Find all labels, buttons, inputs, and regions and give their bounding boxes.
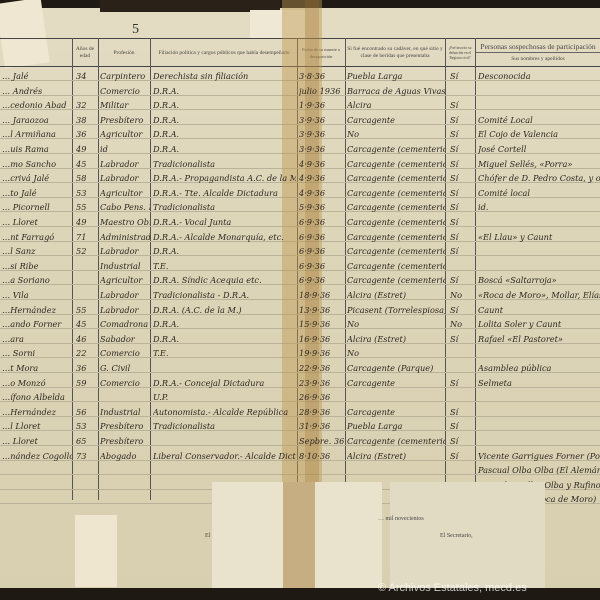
cell-registered: Sí	[450, 274, 474, 286]
cell-age: 32	[76, 99, 96, 111]
cell-place: Carcagente (cementerio)	[347, 435, 445, 447]
cell-name: …ífono Albelda	[2, 391, 72, 403]
cell-suspects-continued: Pascual Olba Olba (El Alemán)	[478, 464, 600, 476]
cell-profession: Presbítero	[100, 435, 150, 447]
cell-name: …crivá Jalé	[2, 172, 72, 184]
cell-place: Barraca de Aguas Vivas	[347, 85, 445, 97]
cell-date: Sepbre. 36	[299, 435, 345, 447]
cell-registered: Sí	[450, 420, 474, 432]
cell-registered: Sí	[450, 187, 474, 199]
cell-age: 22	[76, 347, 96, 359]
cell-age: 45	[76, 158, 96, 170]
cell-filiation: D.R.A. (A.C. de la M.)	[153, 304, 296, 316]
cell-place: Carcagente	[347, 406, 445, 418]
cell-place: Alcira (Estret)	[347, 333, 445, 345]
cell-suspects: Caunt	[478, 304, 600, 316]
cell-registered: Sí	[450, 158, 474, 170]
cell-filiation: D.R.A.	[153, 114, 296, 126]
cell-filiation: U.P.	[153, 391, 296, 403]
cell-registered: Sí	[450, 304, 474, 316]
cell-suspects: Rafael «El Pastoret»	[478, 333, 600, 345]
cell-age: 49	[76, 216, 96, 228]
cell-profession: Industrial	[100, 406, 150, 418]
header-suspects-sub: Sus nombres y apellidos	[476, 53, 600, 65]
cell-date: 6·9·36	[299, 245, 345, 257]
cell-name: … Lloret	[2, 216, 72, 228]
cell-age: 38	[76, 114, 96, 126]
cell-profession: Abogado	[100, 450, 150, 462]
cell-filiation: D.R.A.- Propagandista A.C. de la M.	[153, 172, 296, 184]
cell-date: 31·9·36	[299, 420, 345, 432]
cell-suspects: id.	[478, 201, 600, 213]
cell-filiation: Tradicionalista	[153, 158, 296, 170]
cell-name: …mo Sancho	[2, 158, 72, 170]
cell-date: julio 1936	[299, 85, 345, 97]
cell-name: …nández Cogollos	[2, 450, 72, 462]
cell-profession: Labrador	[100, 304, 150, 316]
cell-registered: Sí	[450, 435, 474, 447]
cell-date: 15·9·36	[299, 318, 345, 330]
cell-name: … Jalé	[2, 70, 72, 82]
cell-date: 22·9·36	[299, 362, 345, 374]
cell-profession: Labrador	[100, 289, 150, 301]
cell-profession: Industrial	[100, 260, 150, 272]
cell-registered: Sí	[450, 231, 474, 243]
cell-filiation: D.R.A.- Concejal Dictadura	[153, 377, 296, 389]
cell-place: Carcagente (cementerio)	[347, 260, 445, 272]
cell-filiation: Tradicionalista - D.R.A.	[153, 289, 296, 301]
tape-strip-bottom	[283, 482, 315, 592]
cell-profession: Carpintero	[100, 70, 150, 82]
cell-name: …ara	[2, 333, 72, 345]
cell-age: 52	[76, 245, 96, 257]
cell-place: Carcagente (cementerio)	[347, 231, 445, 243]
cell-suspects: Lolita Soler y Caunt	[478, 318, 600, 330]
header-suspects: Personas sospechosas de participación	[476, 40, 600, 52]
cell-registered: Sí	[450, 172, 474, 184]
cell-place: Carcagente (cementerio)	[347, 245, 445, 257]
cell-date: 28·9·36	[299, 406, 345, 418]
cell-date: 5·9·36	[299, 201, 345, 213]
cell-filiation: D.R.A.- Vocal Junta	[153, 216, 296, 228]
cell-date: 23·9·36	[299, 377, 345, 389]
cell-place: Carcagente (cementerio)	[347, 158, 445, 170]
footer-secretary: El Secretario,	[440, 533, 473, 539]
cell-name: …o Monzó	[2, 377, 72, 389]
cell-age: 56	[76, 406, 96, 418]
cell-age: 53	[76, 420, 96, 432]
cell-name: …l Armiñana	[2, 128, 72, 140]
cell-registered: Sí	[450, 406, 474, 418]
cell-registered: Sí	[450, 216, 474, 228]
page-number: 5	[132, 22, 139, 38]
cell-date: 3·9·36	[299, 128, 345, 140]
cell-filiation: D.R.A.	[153, 318, 296, 330]
cell-profession: Labrador	[100, 172, 150, 184]
cell-registered: Sí	[450, 377, 474, 389]
cell-age: 45	[76, 318, 96, 330]
cell-place: Alcira (Estret)	[347, 450, 445, 462]
cell-profession: Agricultor	[100, 187, 150, 199]
cell-place: Carcagente (cementerio)	[347, 201, 445, 213]
cell-place: No	[347, 128, 445, 140]
cell-filiation: D.R.A.	[153, 85, 296, 97]
cell-registered: Sí	[450, 201, 474, 213]
cell-suspects: Boscá «Saltarroja»	[478, 274, 600, 286]
cell-filiation: D.R.A.- Tte. Alcalde Dictadura	[153, 187, 296, 199]
cell-age: 49	[76, 143, 96, 155]
cell-date: 6·9·36	[299, 216, 345, 228]
cell-suspects: Selmeta	[478, 377, 600, 389]
cell-profession: Comercio	[100, 347, 150, 359]
cell-name: …a Soriano	[2, 274, 72, 286]
cell-name: …l Sanz	[2, 245, 72, 257]
cell-name: …Hernández	[2, 406, 72, 418]
header-age: Años de edad	[72, 40, 98, 66]
paper-patch-bottom-left	[75, 515, 117, 587]
cell-profession: id	[100, 143, 150, 155]
cell-profession: G. Civil	[100, 362, 150, 374]
cell-registered: Sí	[450, 450, 474, 462]
cell-profession: Cabo Pens. M.	[100, 201, 150, 213]
cell-place: Carcagente	[347, 114, 445, 126]
cell-profession: Comadrona	[100, 318, 150, 330]
cell-place: Picasent (Torrelespiosa)	[347, 304, 445, 316]
cell-registered: Sí	[450, 128, 474, 140]
cell-filiation: D.R.A.	[153, 333, 296, 345]
header-filiation: Filiación política y cargos públicos que…	[152, 40, 296, 66]
cell-name: …l Lloret	[2, 420, 72, 432]
cell-registered: No	[450, 289, 474, 301]
cell-filiation: D.R.A.	[153, 245, 296, 257]
cell-age: 65	[76, 435, 96, 447]
cell-filiation: D.R.A. Síndic Acequia etc.	[153, 274, 296, 286]
cell-age: 36	[76, 128, 96, 140]
cell-age: 36	[76, 362, 96, 374]
cell-filiation: D.R.A.- Alcalde Monarquía, etc.	[153, 231, 296, 243]
cell-date: 4·9·36	[299, 172, 345, 184]
cell-name: …uis Rama	[2, 143, 72, 155]
cell-filiation: Derechista sin filiación	[153, 70, 296, 82]
cell-name: …t Mora	[2, 362, 72, 374]
cell-place: Carcagente (cementerio)	[347, 216, 445, 228]
cell-date: 18·9·36	[299, 289, 345, 301]
cell-filiation: D.R.A.	[153, 99, 296, 111]
cell-place: Puebla Larga	[347, 420, 445, 432]
footer-mid: … mil novecientos	[378, 516, 424, 522]
cell-name: …Hernández	[2, 304, 72, 316]
cell-date: 6·9·36	[299, 260, 345, 272]
cell-filiation: T.E.	[153, 347, 296, 359]
cell-date: 8·10·36	[299, 450, 345, 462]
cell-age: 71	[76, 231, 96, 243]
cell-profession: Agricultor	[100, 128, 150, 140]
cell-profession: Comercio	[100, 377, 150, 389]
cell-place: Carcagente (cementerio)	[347, 172, 445, 184]
cell-suspects: «Roca de Moro», Mollar, Elías y «Mo…»	[478, 289, 600, 301]
cell-date: 3·9·36	[299, 143, 345, 155]
cell-suspects: Desconocida	[478, 70, 600, 82]
cell-age: 34	[76, 70, 96, 82]
cell-name: … Andrés	[2, 85, 72, 97]
cell-place: Carcagente (cementerio)	[347, 143, 445, 155]
cell-suspects: «El Llau» y Caunt	[478, 231, 600, 243]
cell-age: 55	[76, 201, 96, 213]
cell-filiation: Tradicionalista	[153, 201, 296, 213]
cell-profession: Sabador	[100, 333, 150, 345]
cell-date: 13·9·36	[299, 304, 345, 316]
cell-suspects: Comité Local	[478, 114, 600, 126]
cell-profession: Labrador	[100, 158, 150, 170]
cell-registered: Sí	[450, 143, 474, 155]
footer-left: El	[205, 533, 210, 539]
cell-place: No	[347, 318, 445, 330]
cell-name: … Jaraozoa	[2, 114, 72, 126]
cell-name: … Picornell	[2, 201, 72, 213]
cell-profession: Agricultor	[100, 274, 150, 286]
header-place: Si fué encontrado su cadáver, en qué sit…	[346, 40, 444, 66]
cell-filiation: Liberal Conservador.- Alcalde Dictadura …	[153, 450, 296, 462]
cell-suspects: José Cortell	[478, 143, 600, 155]
cell-profession: Presbítero	[100, 114, 150, 126]
cell-suspects: Comité local	[478, 187, 600, 199]
cell-registered: Sí	[450, 99, 474, 111]
cell-age: 59	[76, 377, 96, 389]
cell-place: No	[347, 347, 445, 359]
cell-registered: Sí	[450, 245, 474, 257]
cell-registered: No	[450, 318, 474, 330]
cell-date: 3·9·36	[299, 114, 345, 126]
paper-patch-top-left	[0, 0, 50, 68]
document-sheet: 5 Años de edad Profesión Filiación polít…	[0, 0, 600, 600]
cell-place: Carcagente (cementerio)	[347, 274, 445, 286]
cell-registered: Sí	[450, 70, 474, 82]
cell-place: Carcagente (cementerio)	[347, 187, 445, 199]
cell-filiation: D.R.A.	[153, 128, 296, 140]
cell-suspects: Asamblea pública	[478, 362, 600, 374]
header-profession: Profesión	[98, 40, 150, 66]
cell-place: Alcira	[347, 99, 445, 111]
cell-name: …ando Forner	[2, 318, 72, 330]
cell-age: 58	[76, 172, 96, 184]
cell-place: Puebla Larga	[347, 70, 445, 82]
cell-name: …nt Farragó	[2, 231, 72, 243]
cell-date: 4·9·36	[299, 158, 345, 170]
cell-suspects: Miguel Sellés, «Porra»	[478, 158, 600, 170]
cell-filiation: T.E.	[153, 260, 296, 272]
cell-name: …to Jalé	[2, 187, 72, 199]
cell-profession: Administrador	[100, 231, 150, 243]
cell-name: …si Ribe	[2, 260, 72, 272]
cell-place: Carcagente (Parque)	[347, 362, 445, 374]
cell-age: 73	[76, 450, 96, 462]
cell-place: Alcira (Estret)	[347, 289, 445, 301]
cell-registered: Sí	[450, 114, 474, 126]
cell-profession: Comercio	[100, 85, 150, 97]
cell-date: 4·9·36	[299, 187, 345, 199]
cell-age: 46	[76, 333, 96, 345]
cell-suspects: Vicente Garrigues Forner (Porra…)	[478, 450, 600, 462]
cell-place: Carcagente	[347, 377, 445, 389]
cell-profession: Presbítero	[100, 420, 150, 432]
cell-registered: Sí	[450, 333, 474, 345]
cell-filiation: Autonomista.- Alcalde República	[153, 406, 296, 418]
cell-age: 55	[76, 304, 96, 316]
watermark: © Archivos Estatales, mecd.es	[378, 582, 527, 594]
cell-suspects: El Cojo de Valencia	[478, 128, 600, 140]
cell-profession: Labrador	[100, 245, 150, 257]
cell-date: 1·9·36	[299, 99, 345, 111]
cell-date: 26·9·36	[299, 391, 345, 403]
cell-date: 19·9·36	[299, 347, 345, 359]
cell-name: … Lloret	[2, 435, 72, 447]
cell-date: 6·9·36	[299, 231, 345, 243]
cell-date: 6·9·36	[299, 274, 345, 286]
cell-name: … Vila	[2, 289, 72, 301]
cell-date: 16·9·36	[299, 333, 345, 345]
header-registered: ¿Fué inscrito su defunción en el Registr…	[446, 40, 474, 66]
cell-profession: Maestro Obras	[100, 216, 150, 228]
cell-suspects: Chófer de D. Pedro Costa, y otros	[478, 172, 600, 184]
cell-filiation: D.R.A.	[153, 143, 296, 155]
cell-name: …cedonio Abad	[2, 99, 72, 111]
cell-date: 3·8·36	[299, 70, 345, 82]
cell-profession: Militar	[100, 99, 150, 111]
cell-filiation: Tradicionalista	[153, 420, 296, 432]
cell-name: … Sorni	[2, 347, 72, 359]
header-suspects-divider	[476, 52, 600, 53]
cell-age: 53	[76, 187, 96, 199]
